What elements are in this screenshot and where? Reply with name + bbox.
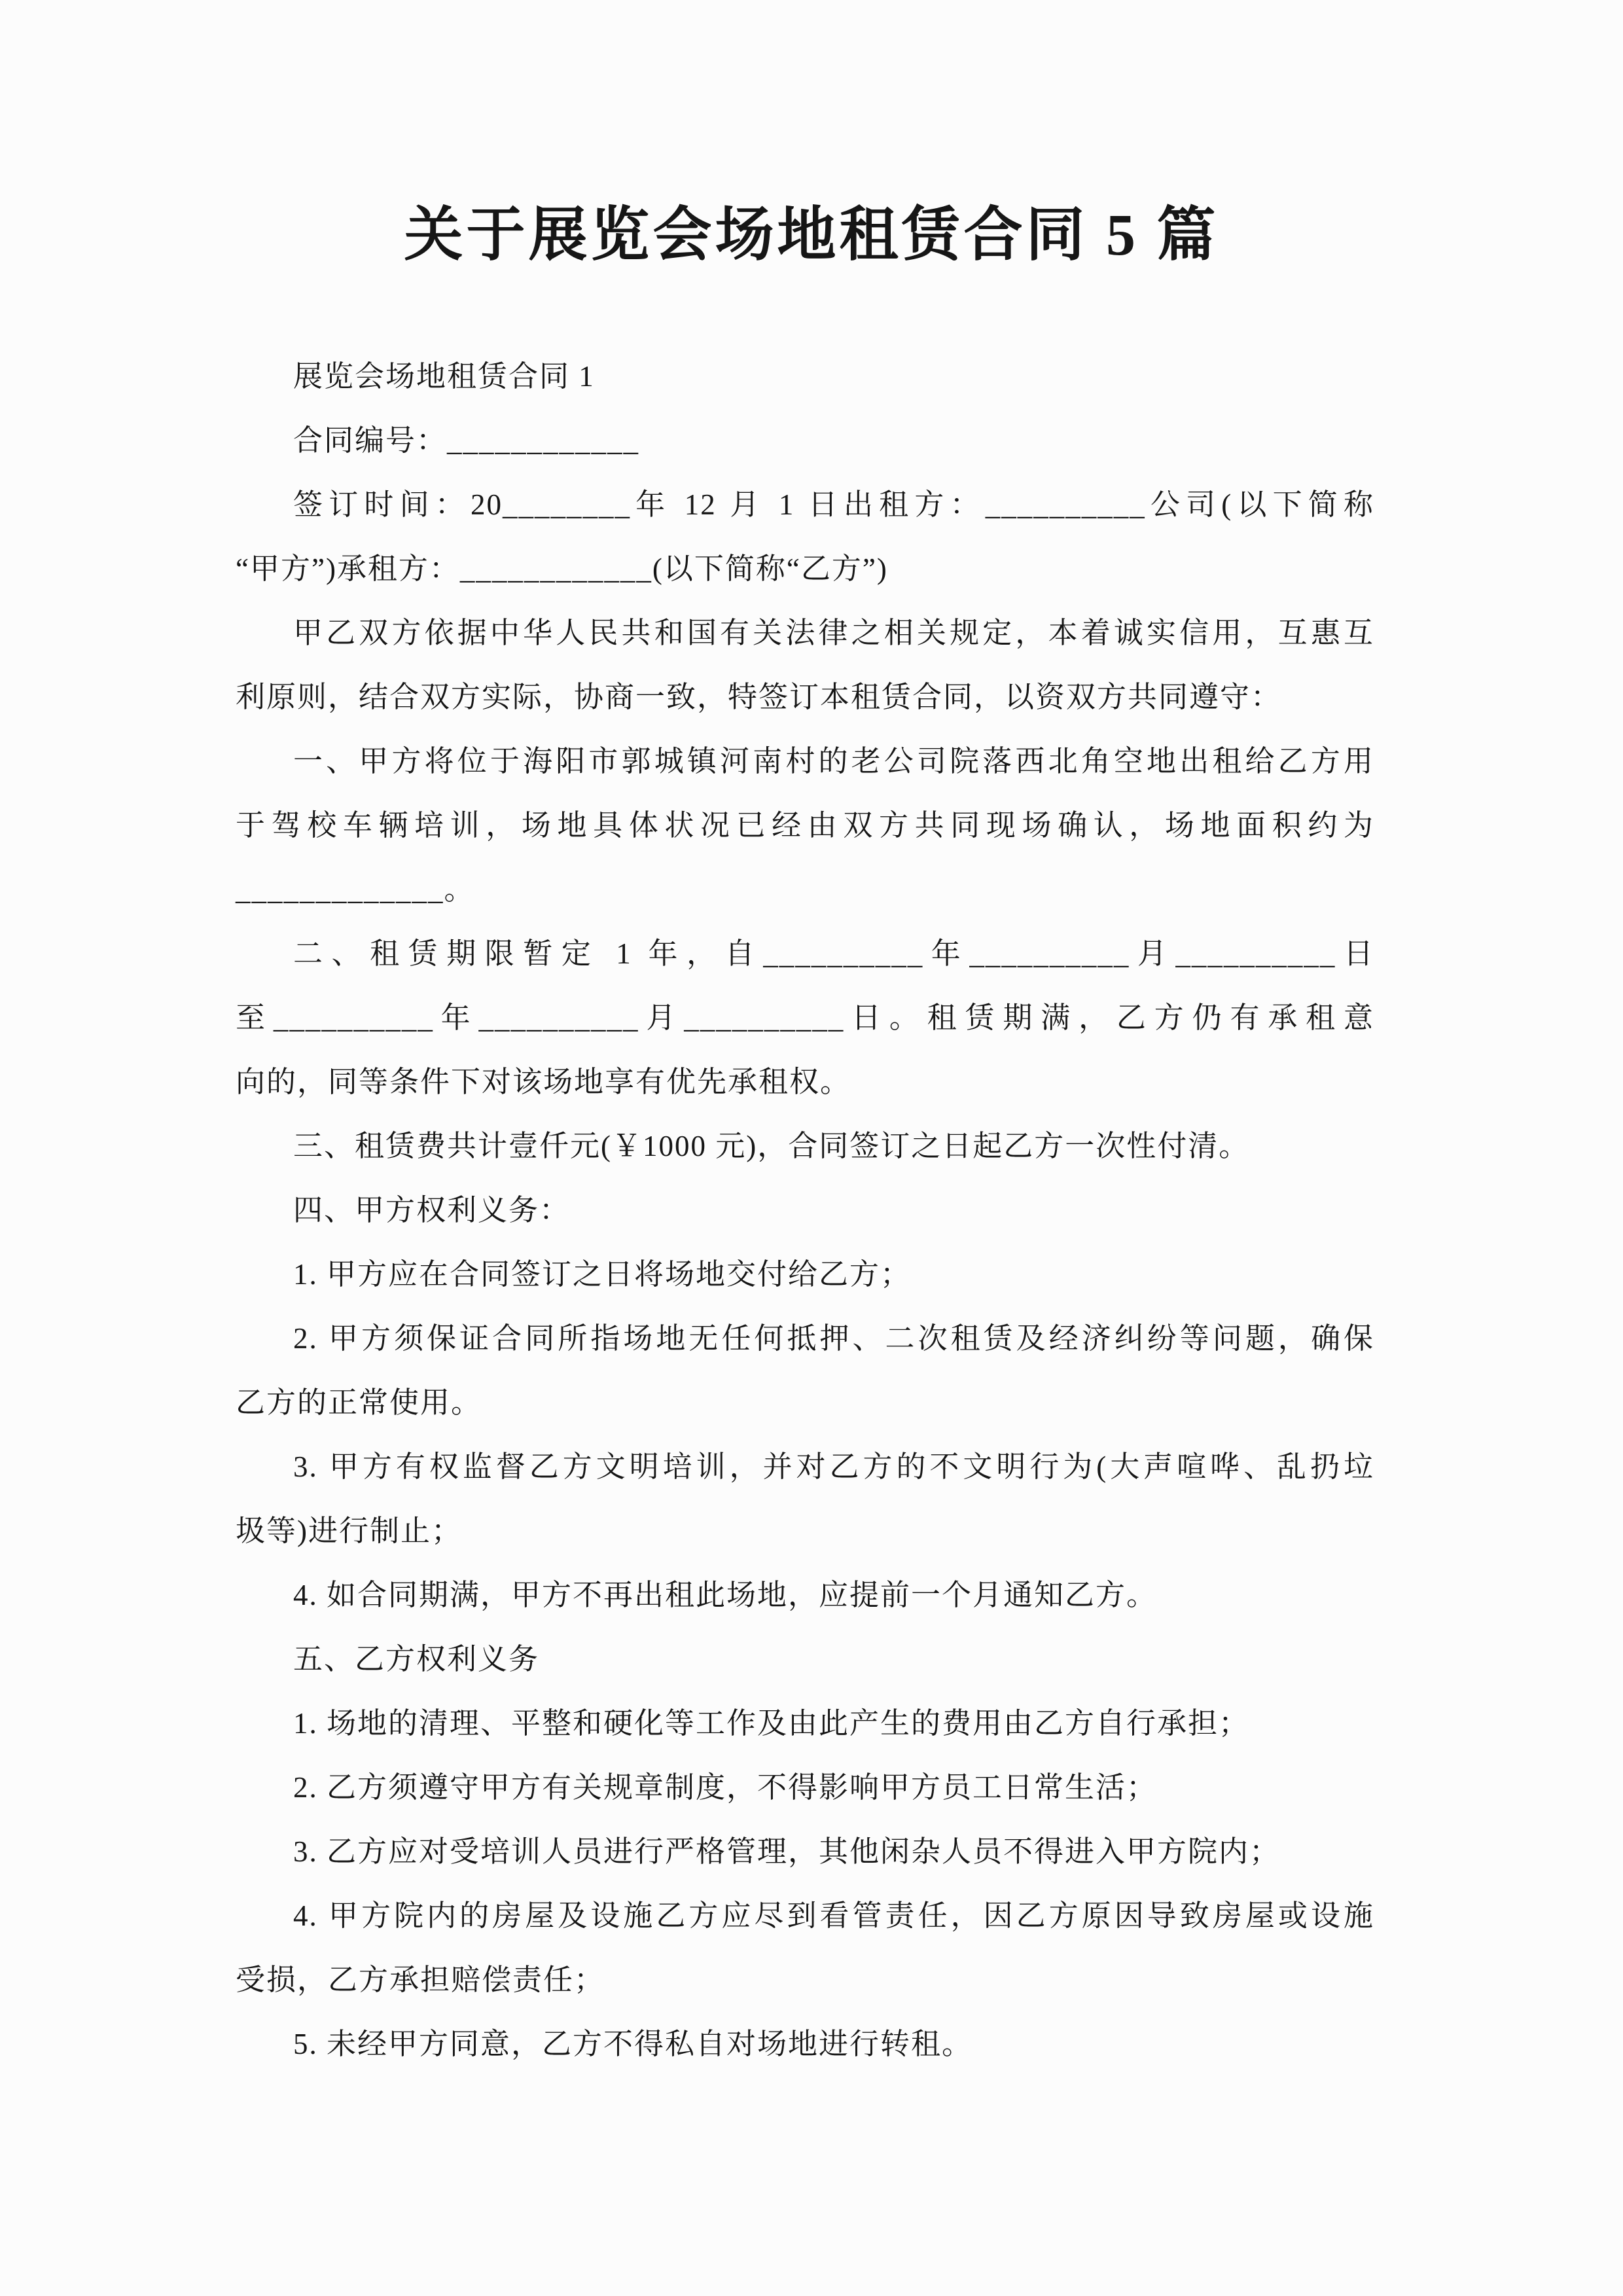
doc-line: 向的，同等条件下对该场地享有优先承租权。	[236, 1050, 1374, 1114]
doc-line: 至__________年__________月__________日。租赁期满，…	[236, 986, 1374, 1050]
doc-line: 4. 甲方院内的房屋及设施乙方应尽到看管责任，因乙方原因导致房屋或设施	[236, 1884, 1374, 1948]
doc-line: 1. 甲方应在合同签订之日将场地交付给乙方；	[236, 1242, 1374, 1306]
doc-line: 四、甲方权利义务：	[236, 1178, 1374, 1242]
doc-line: _____________。	[236, 857, 1374, 922]
document-body: 展览会场地租赁合同 1 合同编号：____________ 签订时间：20___…	[236, 344, 1374, 2076]
doc-line: 三、租赁费共计壹仟元(￥1000 元)，合同签订之日起乙方一次性付清。	[236, 1114, 1374, 1178]
doc-line: 受损，乙方承担赔偿责任；	[236, 1948, 1374, 2012]
doc-line: 4. 如合同期满，甲方不再出租此场地，应提前一个月通知乙方。	[236, 1563, 1374, 1627]
doc-line: 乙方的正常使用。	[236, 1371, 1374, 1435]
doc-line: 合同编号：____________	[236, 408, 1374, 473]
doc-line: 5. 未经甲方同意，乙方不得私自对场地进行转租。	[236, 2012, 1374, 2076]
doc-line: 2. 甲方须保证合同所指场地无任何抵押、二次租赁及经济纠纷等问题，确保	[236, 1306, 1374, 1371]
doc-line: 利原则，结合双方实际，协商一致，特签订本租赁合同，以资双方共同遵守：	[236, 665, 1374, 729]
page-title: 关于展览会场地租赁合同 5 篇	[0, 194, 1623, 278]
doc-line: 3. 甲方有权监督乙方文明培训，并对乙方的不文明行为(大声喧哗、乱扔垃	[236, 1435, 1374, 1499]
doc-line: 1. 场地的清理、平整和硬化等工作及由此产生的费用由乙方自行承担；	[236, 1691, 1374, 1755]
doc-line: 五、乙方权利义务	[236, 1627, 1374, 1691]
doc-line: 于驾校车辆培训，场地具体状况已经由双方共同现场确认，场地面积约为	[236, 793, 1374, 857]
doc-line: 签订时间：20________年 12 月 1 日出租方：__________公…	[236, 473, 1374, 537]
doc-line: 一、甲方将位于海阳市郭城镇河南村的老公司院落西北角空地出租给乙方用	[236, 729, 1374, 793]
doc-line: 甲乙双方依据中华人民共和国有关法律之相关规定，本着诚实信用，互惠互	[236, 601, 1374, 665]
doc-line: 展览会场地租赁合同 1	[236, 344, 1374, 408]
doc-line: 3. 乙方应对受培训人员进行严格管理，其他闲杂人员不得进入甲方院内；	[236, 1820, 1374, 1884]
doc-line: “甲方”)承租方：____________(以下简称“乙方”)	[236, 537, 1374, 601]
doc-line: 二、租赁期限暂定 1 年，自__________年__________月____…	[236, 922, 1374, 986]
document-page: 关于展览会场地租赁合同 5 篇 展览会场地租赁合同 1 合同编号：_______…	[0, 0, 1623, 2296]
doc-line: 圾等)进行制止；	[236, 1499, 1374, 1563]
doc-line: 2. 乙方须遵守甲方有关规章制度，不得影响甲方员工日常生活；	[236, 1755, 1374, 1820]
